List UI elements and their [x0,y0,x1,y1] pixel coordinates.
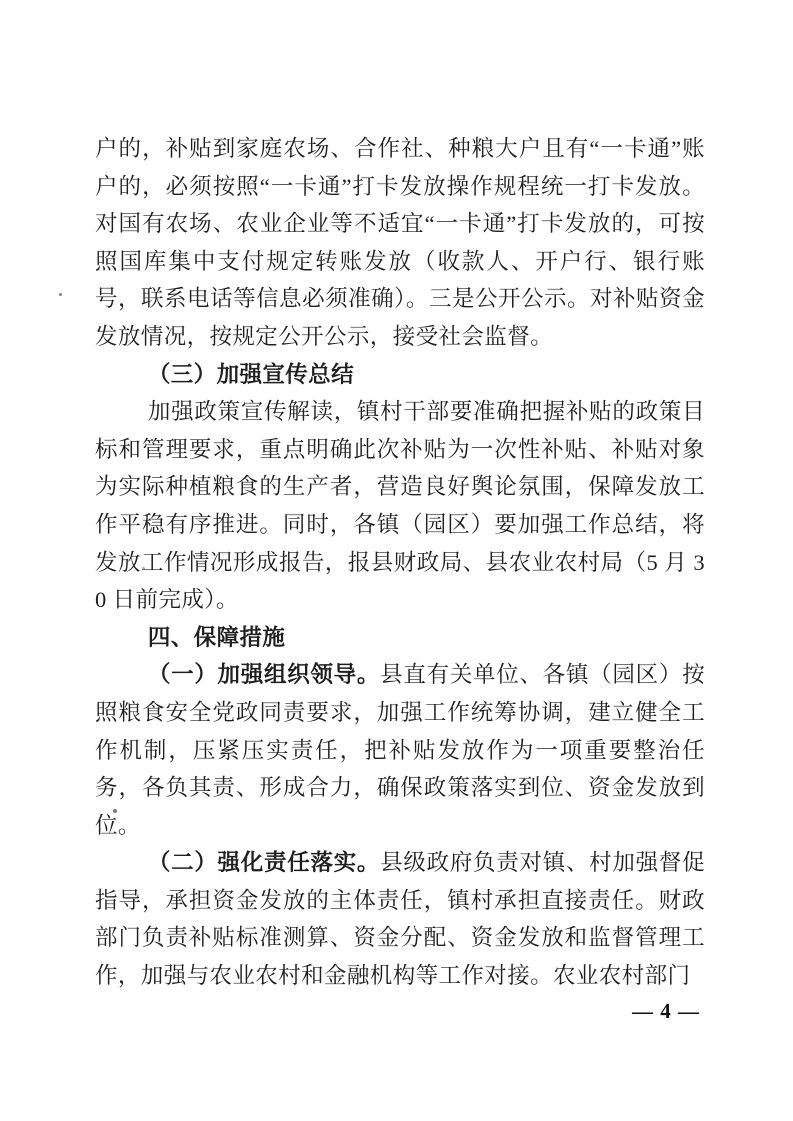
chapter-heading-4: 四、保障措施 [95,619,705,657]
scan-speck [113,809,117,813]
document-body: 户的，补贴到家庭农场、合作社、种粮大户且有“一卡通”账户的，必须按照“一卡通”打… [95,130,705,995]
scanned-document-page: 户的，补贴到家庭农场、合作社、种粮大户且有“一卡通”账户的，必须按照“一卡通”打… [0,0,793,1121]
paragraph-lead-text: （一）加强组织领导。 [148,662,380,687]
paragraph-text: 加强政策宣传解读，镇村干部要准确把握补贴的政策目标和管理要求，重点明确此次补贴为… [95,399,705,612]
paragraph-text: 县直有关单位、各镇（园区）按照粮食安全党政同责要求，加强工作统筹协调，建立健全工… [95,662,705,837]
paragraph-publicity-summary: 加强政策宣传解读，镇村干部要准确把握补贴的政策目标和管理要求，重点明确此次补贴为… [95,393,705,619]
paragraph-lead-text: （二）强化责任落实。 [148,850,380,875]
paragraph-organization-leadership: （一）加强组织领导。县直有关单位、各镇（园区）按照粮食安全党政同责要求，加强工作… [95,656,705,844]
section-heading-3: （三）加强宣传总结 [95,356,705,394]
scan-speck [142,567,145,570]
heading-text: 四、保障措施 [148,625,285,650]
page-number: — 4 — [632,999,700,1024]
scan-speck [59,293,62,296]
paragraph-continuation: 户的，补贴到家庭农场、合作社、种粮大户且有“一卡通”账户的，必须按照“一卡通”打… [95,130,705,356]
paragraph-responsibility-implementation: （二）强化责任落实。县级政府负责对镇、村加强督促指导，承担资金发放的主体责任，镇… [95,844,705,994]
heading-text: （三）加强宣传总结 [148,362,354,387]
paragraph-text: 户的，补贴到家庭农场、合作社、种粮大户且有“一卡通”账户的，必须按照“一卡通”打… [95,136,705,349]
